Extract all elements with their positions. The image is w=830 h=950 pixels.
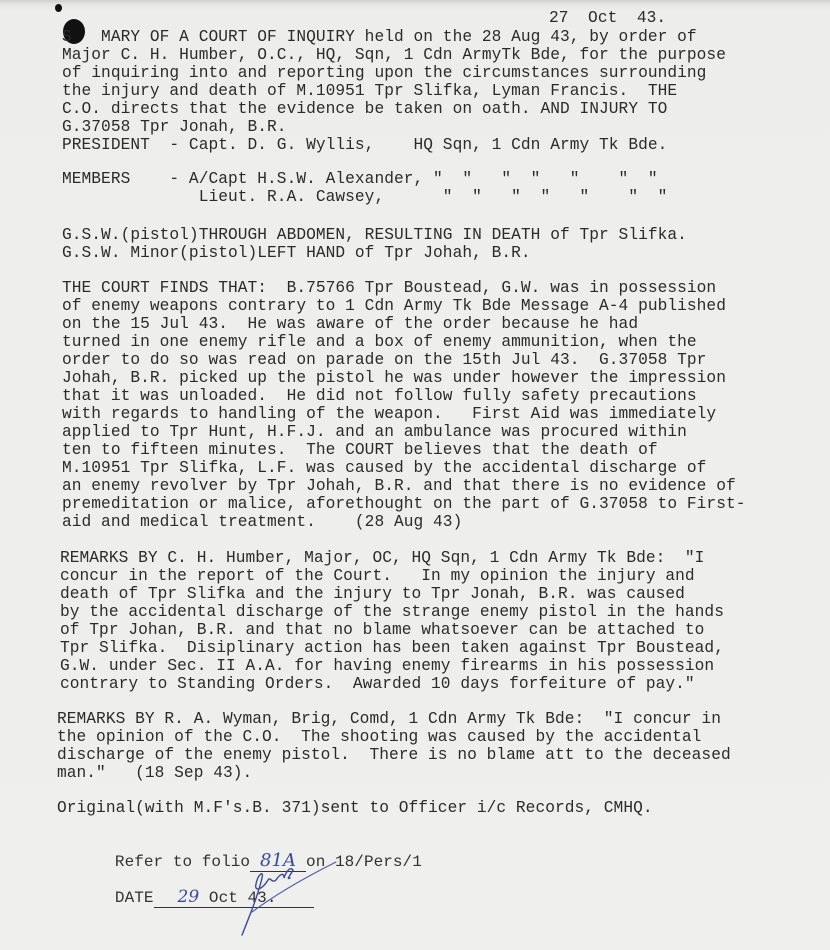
document-page: 27 Oct 43. S MARY OF A COURT OF INQUIRY …	[0, 0, 830, 950]
signature-initials-icon	[0, 0, 830, 950]
